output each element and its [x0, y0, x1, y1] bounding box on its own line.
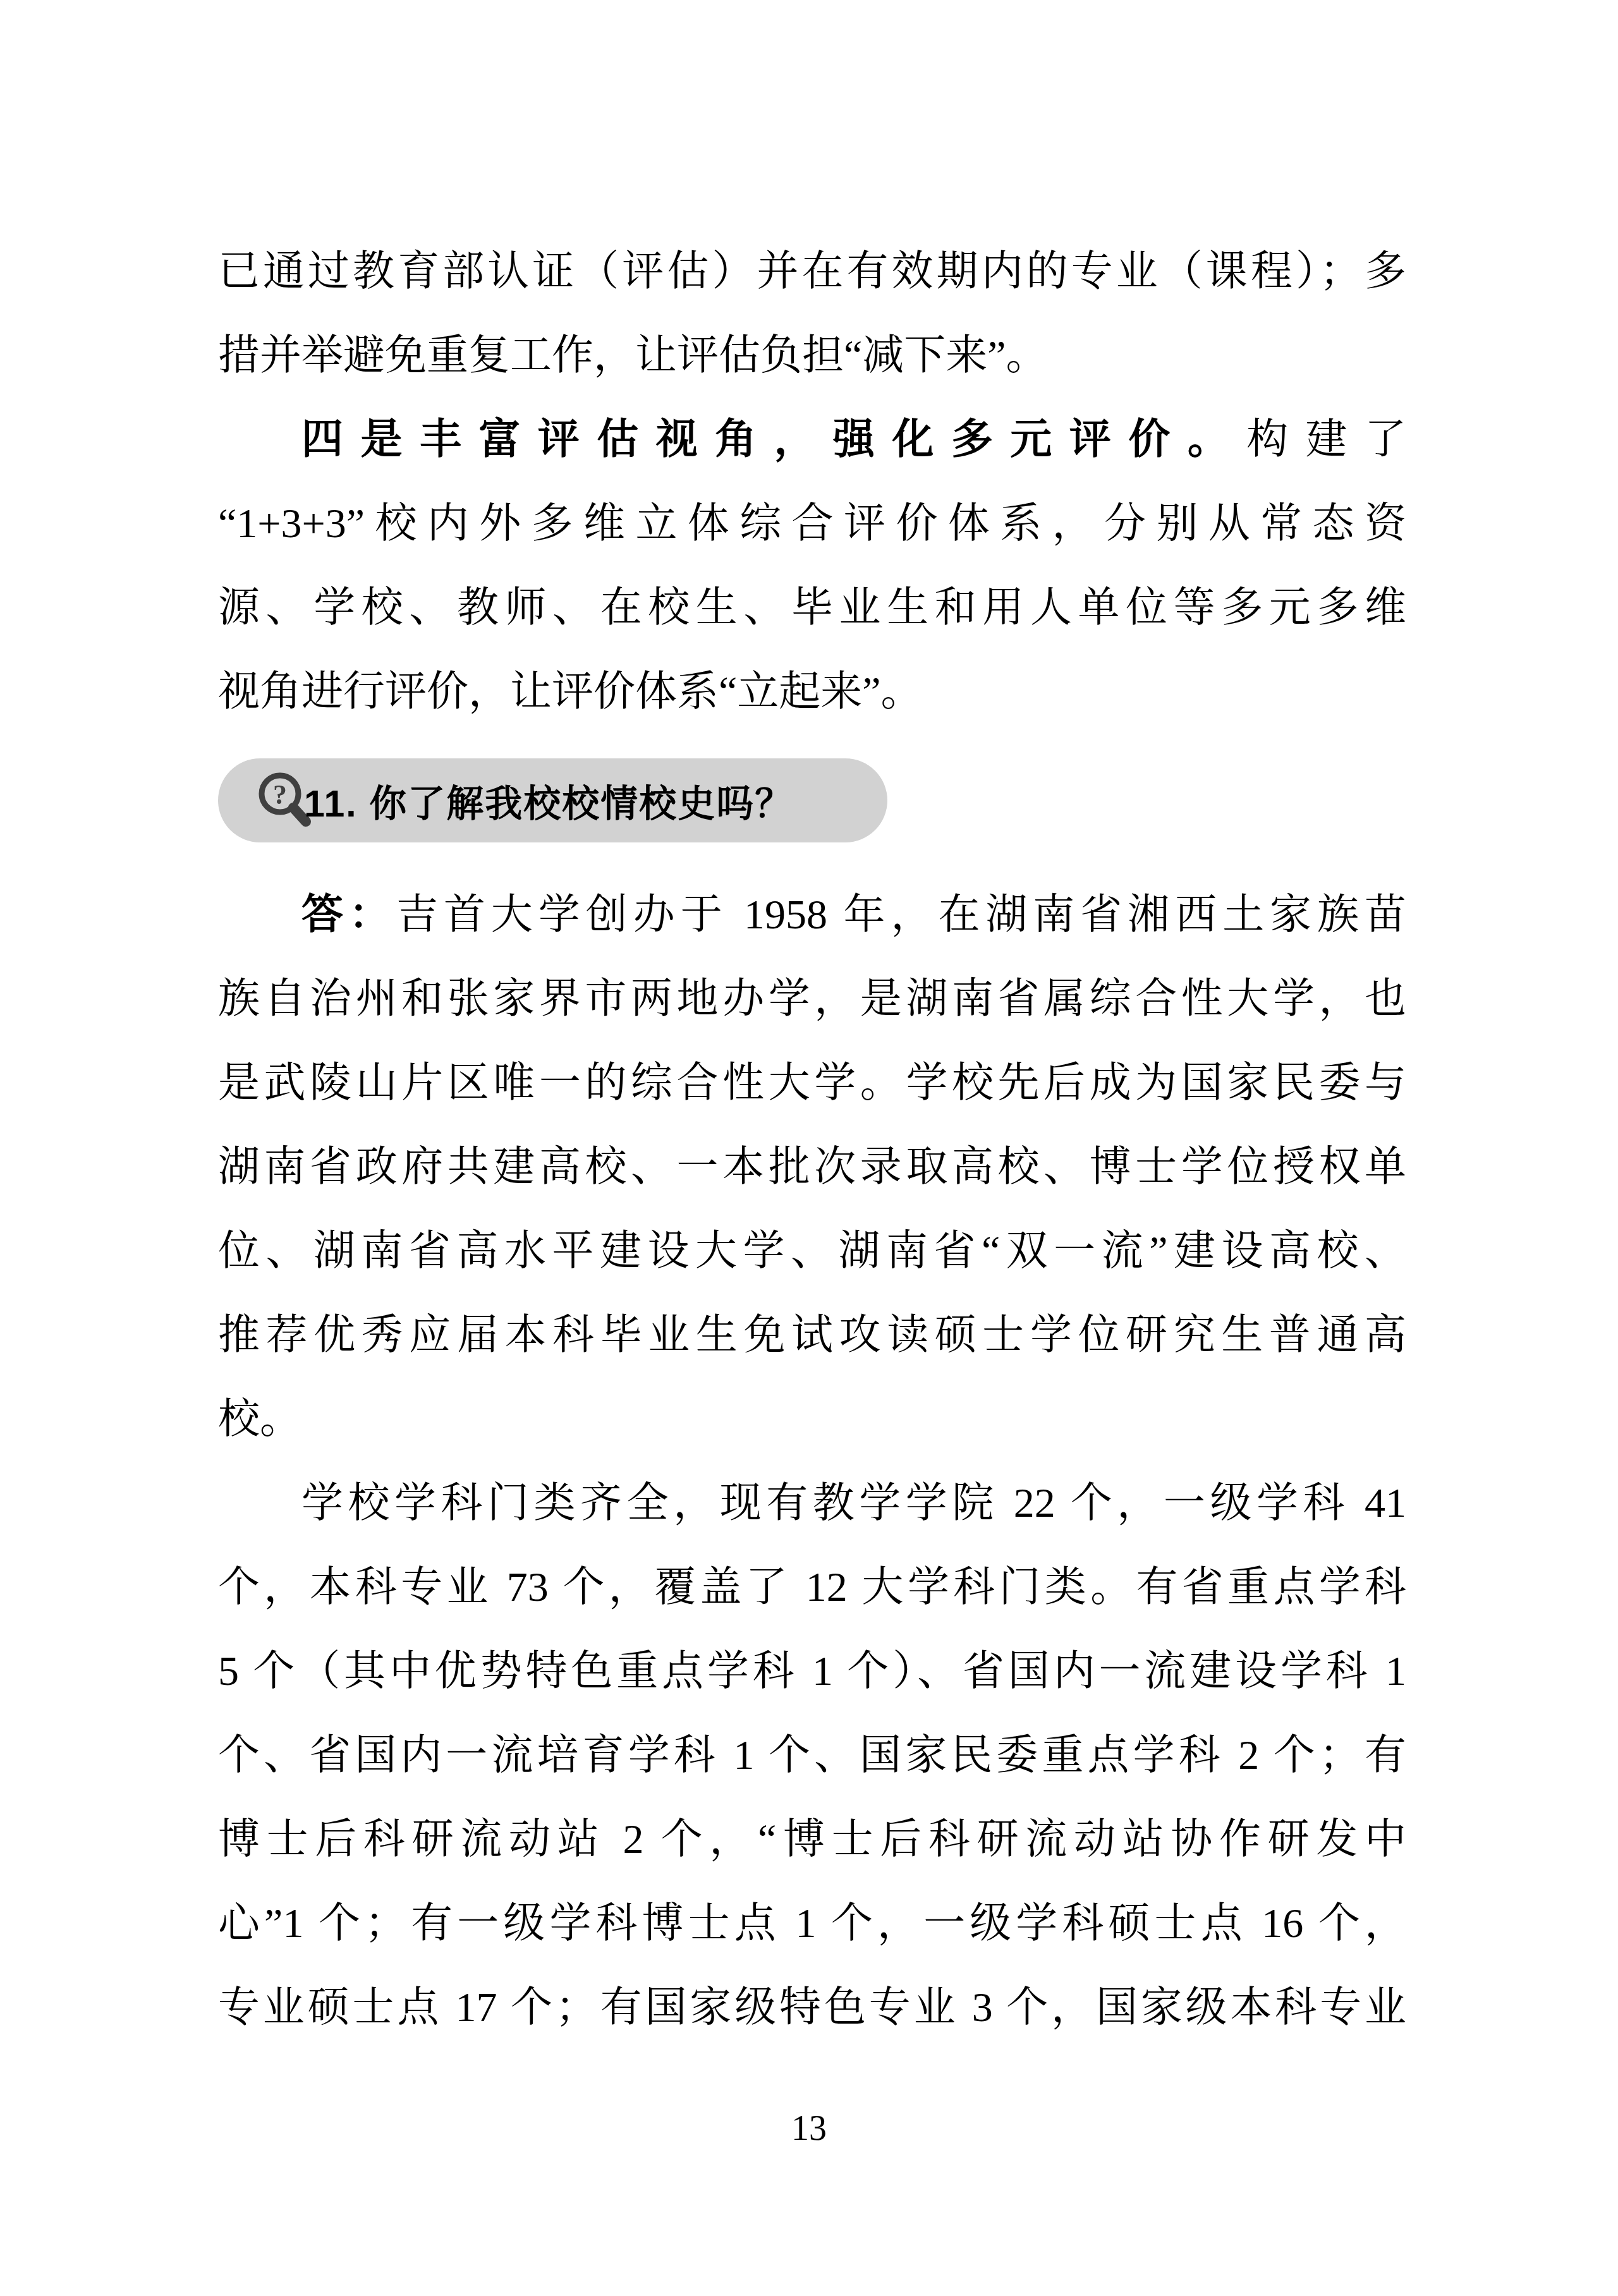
body-text-segment: 5 个（其中优势特色重点学科 1 个）、省国内一流建设学科 1 — [218, 1648, 1406, 1694]
text-line: 心”1 个；有一级学科博士点 1 个，一级学科硕士点 16 个， — [218, 1881, 1406, 1965]
body-text-segment: 措并举避免重复工作，让评估负担“减下来”。 — [218, 332, 1048, 379]
body-text-segment: 学校学科门类齐全，现有教学学院 22 个，一级学科 41 — [301, 1480, 1406, 1526]
text-line: 推荐优秀应届本科毕业生免试攻读硕士学位研究生普通高 — [218, 1293, 1406, 1377]
paragraphs-before-heading: 已通过教育部认证（评估）并在有效期内的专业（课程）；多措并举避免重复工作，让评估… — [218, 229, 1406, 734]
body-text-segment: 校。 — [218, 1396, 301, 1442]
body-text-segment: 博士后科研流动站 2 个，“博士后科研流动站协作研发中 — [218, 1816, 1406, 1862]
page-number: 13 — [0, 2110, 1618, 2147]
body-text-segment: “1+3+3”校内外多维立体综合评价体系，分别从常态资 — [218, 501, 1406, 547]
text-line: 专业硕士点 17 个；有国家级特色专业 3 个，国家级本科专业 — [218, 1965, 1406, 2050]
text-line: 措并举避免重复工作，让评估负担“减下来”。 — [218, 313, 1406, 398]
text-line: 个、省国内一流培育学科 1 个、国家民委重点学科 2 个；有 — [218, 1713, 1406, 1797]
body-text-segment: 个，本科专业 73 个，覆盖了 12 大学科门类。有省重点学科 — [218, 1564, 1406, 1610]
question-heading-pill: ? 11. 你了解我校校情校史吗？ — [218, 758, 887, 842]
body-text-segment: 是武陵山片区唯一的综合性大学。学校先后成为国家民委与 — [218, 1060, 1406, 1106]
body-text-segment: 族自治州和张家界市两地办学，是湖南省属综合性大学，也 — [218, 976, 1406, 1022]
question-heading-text: 11. 你了解我校校情校史吗？ — [304, 774, 793, 827]
text-line: 源、学校、教师、在校生、毕业生和用人单位等多元多维 — [218, 566, 1406, 650]
body-text-segment: 湖南省政府共建高校、一本批次录取高校、博士学位授权单 — [218, 1144, 1406, 1190]
body-text-segment: 心”1 个；有一级学科博士点 1 个，一级学科硕士点 16 个， — [218, 1900, 1406, 1947]
text-line: 已通过教育部认证（评估）并在有效期内的专业（课程）；多 — [218, 229, 1406, 313]
body-text-segment: 个、省国内一流培育学科 1 个、国家民委重点学科 2 个；有 — [218, 1732, 1406, 1778]
question-title: 你了解我校校情校史吗？ — [369, 783, 793, 825]
text-line: 位、湖南省高水平建设大学、湖南省“双一流”建设高校、 — [218, 1209, 1406, 1293]
bold-text-segment: 答： — [301, 892, 396, 938]
text-line: 视角进行评价，让评价体系“立起来”。 — [218, 650, 1406, 734]
body-text-segment: 源、学校、教师、在校生、毕业生和用人单位等多元多维 — [218, 585, 1406, 631]
body-text-segment: 推荐优秀应届本科毕业生免试攻读硕士学位研究生普通高 — [218, 1312, 1406, 1358]
text-line: 博士后科研流动站 2 个，“博士后科研流动站协作研发中 — [218, 1797, 1406, 1881]
text-line: 学校学科门类齐全，现有教学学院 22 个，一级学科 41 — [218, 1461, 1406, 1545]
document-page: 已通过教育部认证（评估）并在有效期内的专业（课程）；多措并举避免重复工作，让评估… — [0, 0, 1618, 2296]
body-text-segment: 视角进行评价，让评价体系“立起来”。 — [218, 669, 923, 715]
text-block: 已通过教育部认证（评估）并在有效期内的专业（课程）；多措并举避免重复工作，让评估… — [218, 229, 1406, 2050]
bold-text-segment: 四是丰富评估视角，强化多元评价。 — [301, 416, 1246, 463]
text-line: 族自治州和张家界市两地办学，是湖南省属综合性大学，也 — [218, 957, 1406, 1041]
question-heading-row: ? 11. 你了解我校校情校史吗？ — [218, 758, 1406, 842]
magnifier-question-glyph: ? — [273, 779, 287, 810]
paragraphs-after-heading: 答：吉首大学创办于 1958 年，在湖南省湘西土家族苗族自治州和张家界市两地办学… — [218, 873, 1406, 2050]
text-line: 是武陵山片区唯一的综合性大学。学校先后成为国家民委与 — [218, 1041, 1406, 1125]
text-line: “1+3+3”校内外多维立体综合评价体系，分别从常态资 — [218, 482, 1406, 566]
text-line: 湖南省政府共建高校、一本批次录取高校、博士学位授权单 — [218, 1125, 1406, 1209]
text-line: 四是丰富评估视角，强化多元评价。构建了 — [218, 398, 1406, 482]
text-line: 校。 — [218, 1377, 1406, 1461]
body-text-segment: 位、湖南省高水平建设大学、湖南省“双一流”建设高校、 — [218, 1228, 1406, 1274]
body-text-segment: 专业硕士点 17 个；有国家级特色专业 3 个，国家级本科专业 — [218, 1984, 1406, 2031]
text-line: 答：吉首大学创办于 1958 年，在湖南省湘西土家族苗 — [218, 873, 1406, 957]
body-text-segment: 构建了 — [1246, 416, 1406, 463]
body-text-segment: 吉首大学创办于 1958 年，在湖南省湘西土家族苗 — [396, 892, 1406, 938]
body-text-segment: 已通过教育部认证（评估）并在有效期内的专业（课程）；多 — [218, 248, 1406, 295]
text-line: 个，本科专业 73 个，覆盖了 12 大学科门类。有省重点学科 — [218, 1545, 1406, 1629]
question-number: 11. — [304, 783, 358, 825]
text-line: 5 个（其中优势特色重点学科 1 个）、省国内一流建设学科 1 — [218, 1629, 1406, 1713]
